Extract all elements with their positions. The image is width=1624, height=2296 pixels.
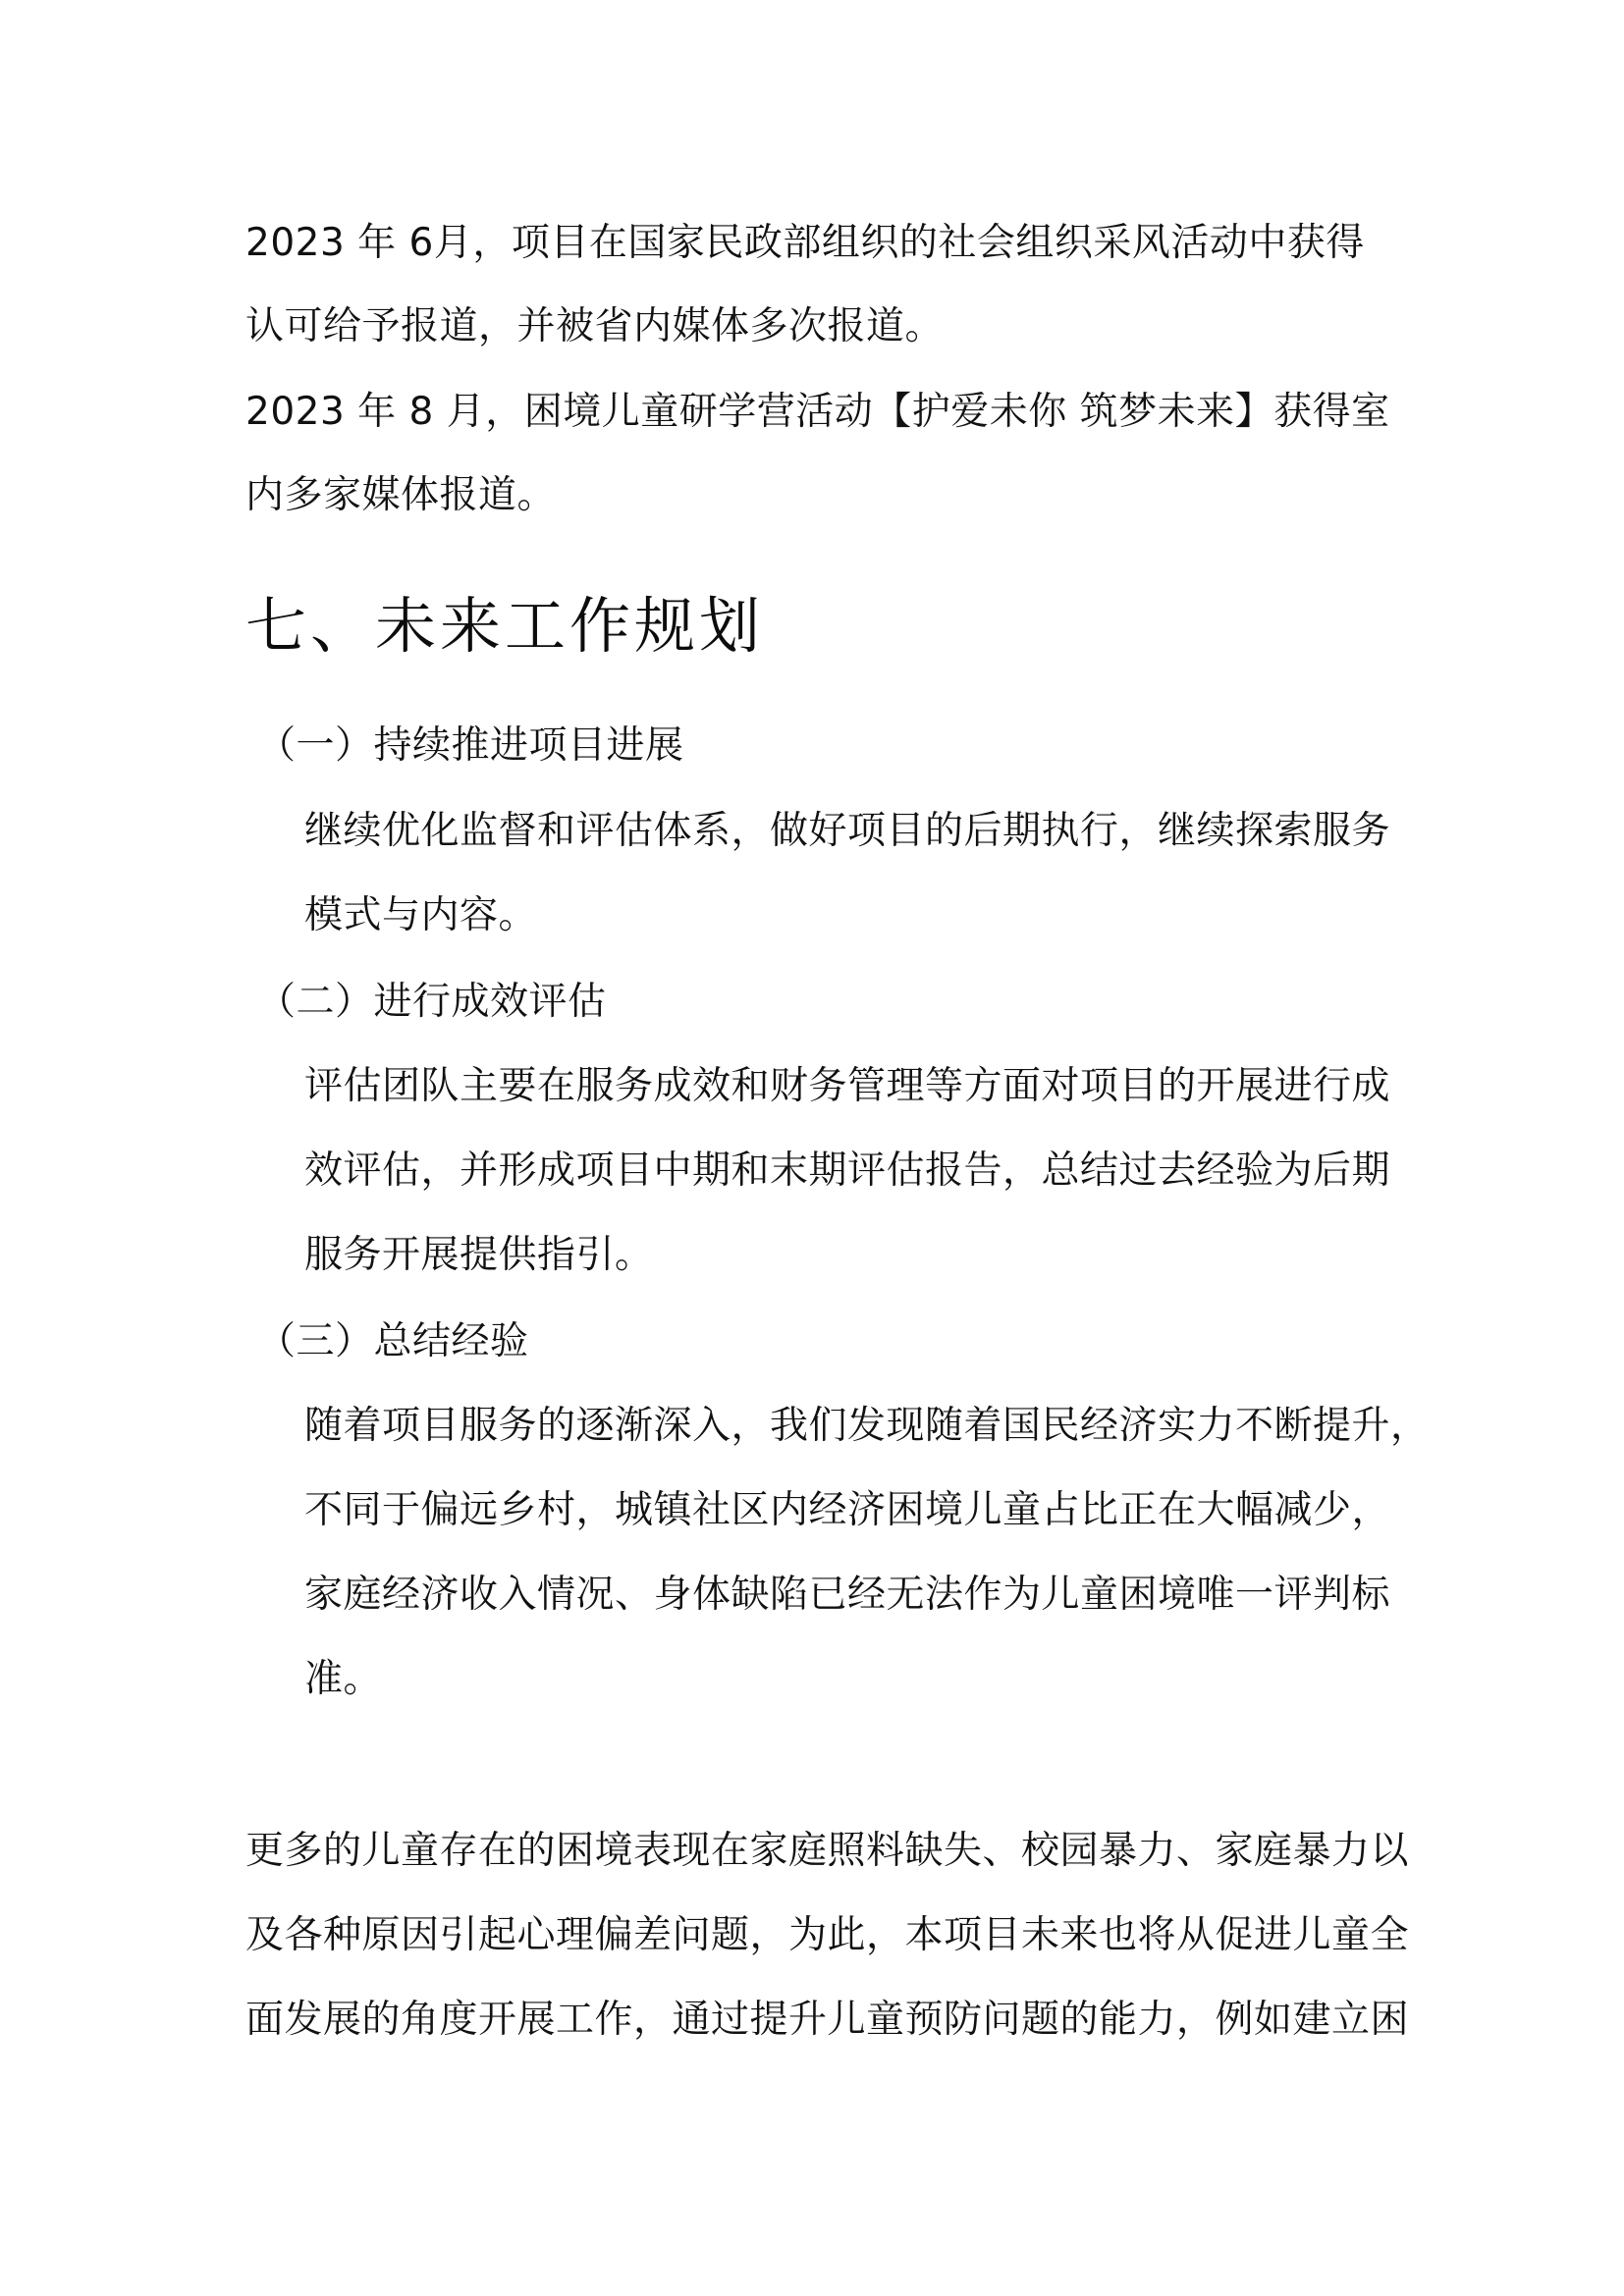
text-line: 评估团队主要在服务成效和财务管理等方面对项目的开展进行成: [304, 1044, 1390, 1129]
text-line: 2023 年 8 月，困境儿童研学营活动【护爱未你 筑梦未来】获得室: [245, 370, 1390, 454]
text-line: 2023 年 6月，项目在国家民政部组织的社会组织采风活动中获得: [245, 201, 1365, 286]
subsection-title: （二）进行成效评估: [257, 960, 607, 1044]
text-line: 效评估，并形成项目中期和末期评估报告，总结过去经验为后期: [304, 1129, 1390, 1213]
text-line: 准。: [304, 1637, 382, 1722]
text-line: 随着项目服务的逐渐深入，我们发现随着国民经济实力不断提升，: [304, 1384, 1430, 1468]
subsection-title: （一）持续推进项目进展: [257, 704, 684, 788]
text-line: 内多家媒体报道。: [245, 454, 556, 538]
text-line: 继续优化监督和评估体系，做好项目的后期执行，继续探索服务: [304, 789, 1390, 874]
subsection-title: （三）总结经验: [257, 1300, 529, 1384]
section-heading: 七、未来工作规划: [245, 577, 764, 675]
text-line: 更多的儿童存在的困境表现在家庭照料缺失、校园暴力、家庭暴力以: [245, 1809, 1409, 1894]
text-line: 及各种原因引起心理偏差问题，为此，本项目未来也将从促进儿童全: [245, 1894, 1409, 1978]
text-line: 认可给予报道，并被省内媒体多次报道。: [245, 285, 944, 369]
text-line: 家庭经济收入情况、身体缺陷已经无法作为儿童困境唯一评判标: [304, 1553, 1390, 1637]
text-line: 模式与内容。: [304, 874, 537, 958]
text-line: 面发展的角度开展工作，通过提升儿童预防问题的能力，例如建立困: [245, 1978, 1409, 2062]
text-line: 不同于偏远乡村，城镇社区内经济困境儿童占比正在大幅减少，: [304, 1468, 1390, 1553]
text-line: 服务开展提供指引。: [304, 1213, 654, 1298]
document-page: 2023 年 6月，项目在国家民政部组织的社会组织采风活动中获得 认可给予报道，…: [0, 0, 1624, 2296]
